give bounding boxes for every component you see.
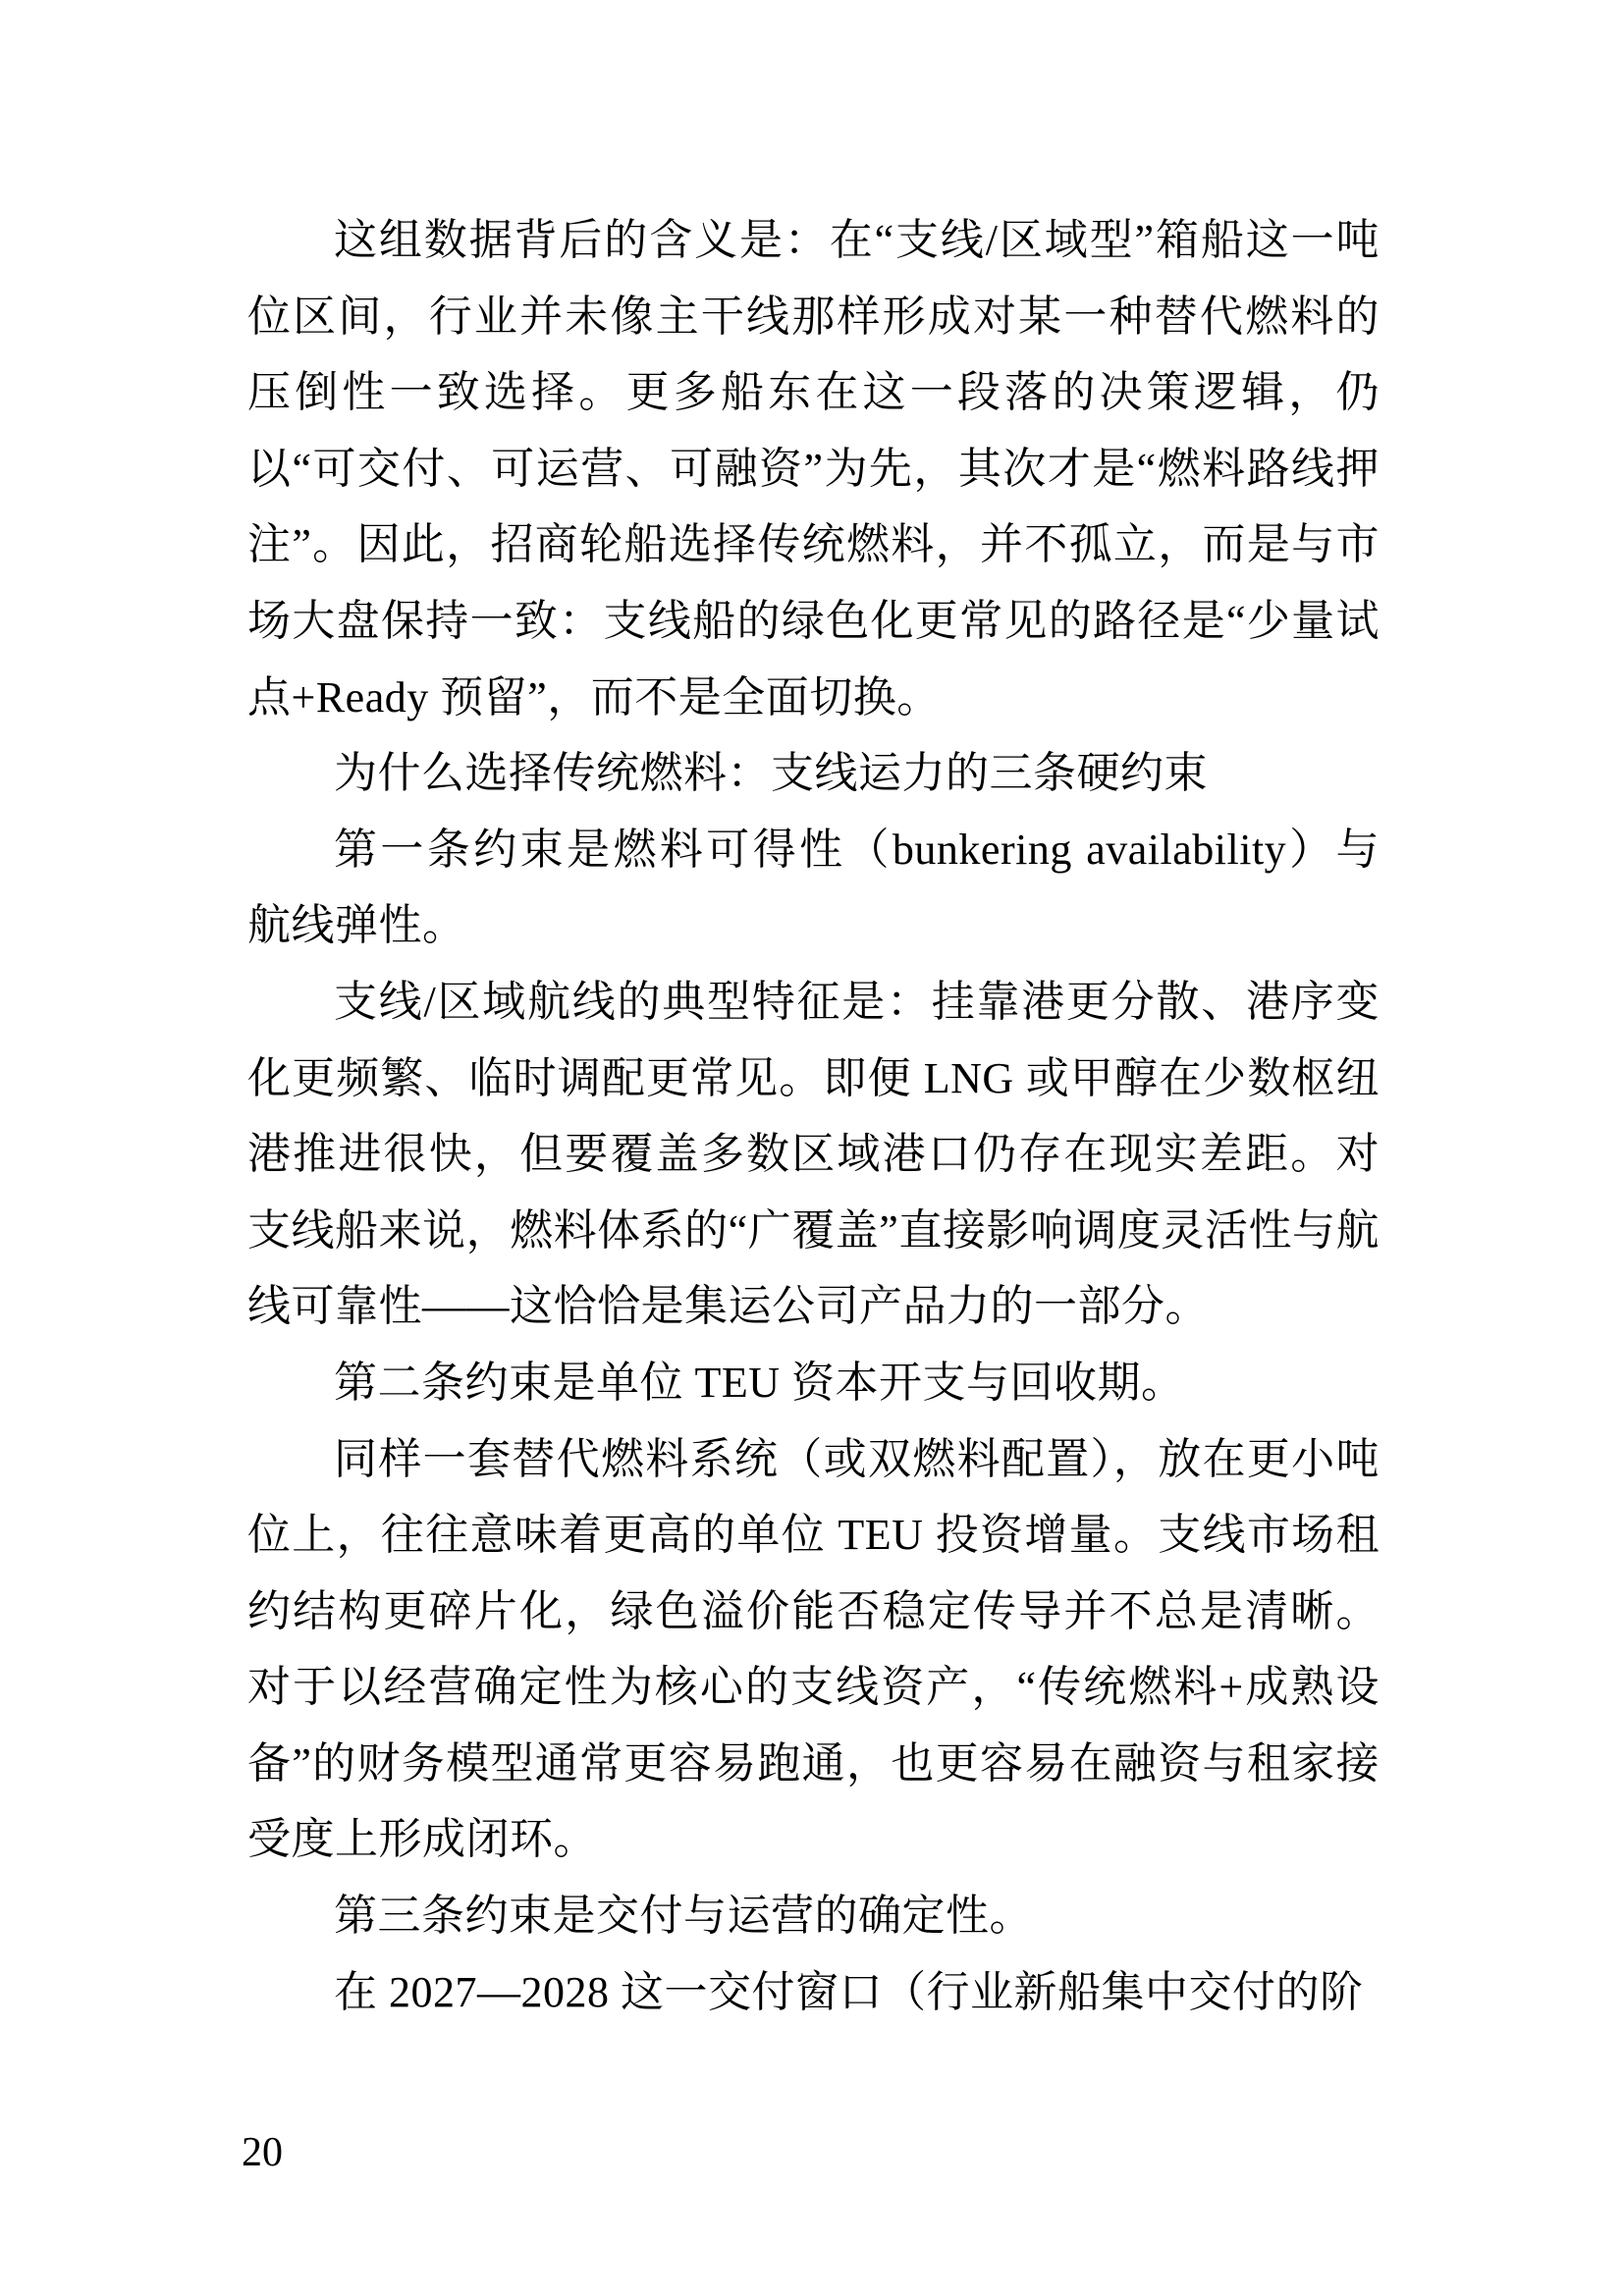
section-heading: 为什么选择传统燃料：支线运力的三条硬约束 <box>247 735 1380 812</box>
document-page: 这组数据背后的含义是：在“支线/区域型”箱船这一吨位区间，行业并未像主干线那样形… <box>0 0 1624 2296</box>
body-paragraph: 第二条约束是单位 TEU 资本开支与回收期。 <box>247 1345 1380 1421</box>
page-number: 20 <box>242 2132 283 2173</box>
body-paragraph: 在 2027—2028 这一交付窗口（行业新船集中交付的阶 <box>247 1954 1380 2031</box>
body-paragraph: 支线/区域航线的典型特征是：挂靠港更分散、港序变化更频繁、临时调配更常见。即便 … <box>247 964 1380 1345</box>
body-paragraph: 同样一套替代燃料系统（或双燃料配置），放在更小吨位上，往往意味着更高的单位 TE… <box>247 1421 1380 1879</box>
body-paragraph: 这组数据背后的含义是：在“支线/区域型”箱船这一吨位区间，行业并未像主干线那样形… <box>247 202 1380 735</box>
document-body: 这组数据背后的含义是：在“支线/区域型”箱船这一吨位区间，行业并未像主干线那样形… <box>247 202 1380 2030</box>
body-paragraph: 第一条约束是燃料可得性（bunkering availability）与航线弹性… <box>247 812 1380 964</box>
body-paragraph: 第三条约束是交付与运营的确定性。 <box>247 1878 1380 1954</box>
